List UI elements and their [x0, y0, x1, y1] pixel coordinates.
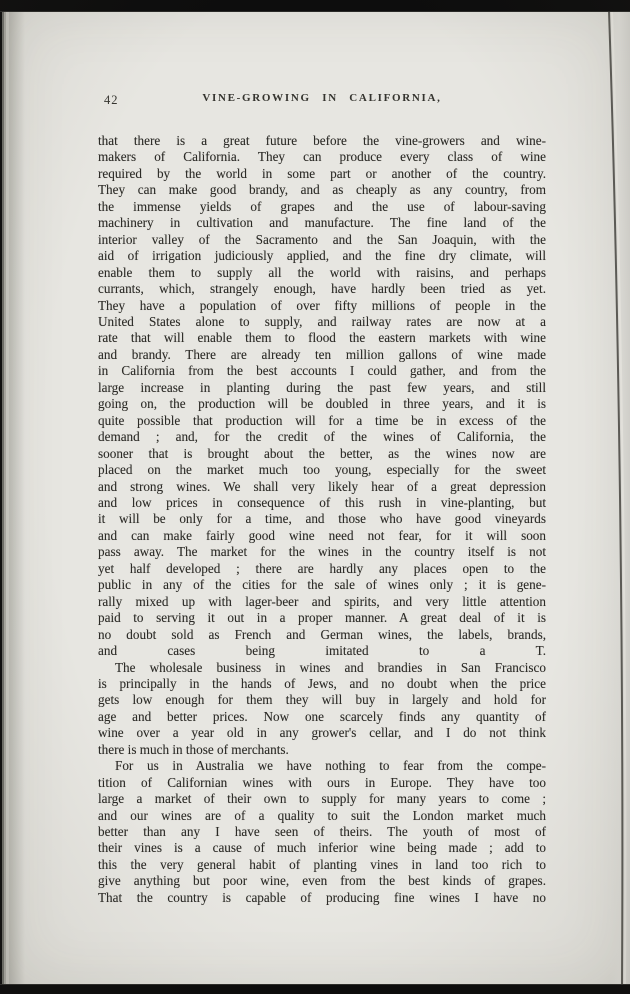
text-line: paid to serving it out in a proper manne…: [98, 610, 546, 626]
text-line: and strong wines. We shall very likely h…: [98, 479, 546, 495]
text-line: and brandy. There are already ten millio…: [98, 347, 546, 363]
text-line: and our wines are of a quality to suit t…: [98, 808, 546, 824]
text-line: rate that will enable them to flood the …: [98, 330, 546, 346]
left-gutter-shadow: [9, 0, 25, 994]
text-line: enable them to supply all the world with…: [98, 265, 546, 281]
text-line: demand ; and, for the credit of the wine…: [98, 429, 546, 445]
running-header: 42 VINE-GROWING IN CALIFORNIA,: [98, 92, 546, 112]
text-line: age and better prices. Now one scarcely …: [98, 709, 546, 725]
page-number: 42: [104, 93, 119, 108]
stacked-pages-edge: [0, 0, 9, 994]
text-line: wine over a year old in any grower's cel…: [98, 725, 546, 741]
text-line: sooner that is brought about the better,…: [98, 446, 546, 462]
text-line: pass away. The market for the wines in t…: [98, 544, 546, 560]
text-line: and low prices in consequence of this ru…: [98, 495, 546, 511]
text-line: tition of Californian wines with ours in…: [98, 775, 546, 791]
scanned-book-page: 42 VINE-GROWING IN CALIFORNIA, that ther…: [0, 0, 630, 994]
scan-border-top: [0, 0, 630, 12]
text-line: and can make fairly good wine need not f…: [98, 528, 546, 544]
page-body: that there is a great future before the …: [98, 133, 546, 906]
text-line: machinery in cultivation and manufacture…: [98, 215, 546, 231]
running-title: VINE-GROWING IN CALIFORNIA,: [98, 92, 546, 104]
text-line: going on, the production will be doubled…: [98, 396, 546, 412]
text-line: They have a population of over fifty mil…: [98, 298, 546, 314]
text-line: aid of irrigation judiciously applied, a…: [98, 248, 546, 264]
paragraph: that there is a great future before the …: [98, 133, 546, 660]
text-line: this the very general habit of planting …: [98, 857, 546, 873]
text-line: interior valley of the Sacramento and th…: [98, 232, 546, 248]
text-line: yet half developed ; there are hardly an…: [98, 561, 546, 577]
text-line: That the country is capable of producing…: [98, 890, 546, 906]
paragraph: For us in Australia we have nothing to f…: [98, 758, 546, 906]
text-line: public in any of the cities for the sale…: [98, 577, 546, 593]
text-line: For us in Australia we have nothing to f…: [98, 758, 546, 774]
next-page-edge: [610, 0, 630, 994]
text-line: there is much in those of merchants.: [98, 742, 546, 758]
text-line: large increase in planting during the pa…: [98, 380, 546, 396]
text-line: large a market of their own to supply fo…: [98, 791, 546, 807]
text-line: better than any I have seen of theirs. T…: [98, 824, 546, 840]
text-line: quite possible that production will for …: [98, 413, 546, 429]
text-line: placed on the market much too young, esp…: [98, 462, 546, 478]
text-line: that there is a great future before the …: [98, 133, 546, 149]
text-line: They can make good brandy, and as cheapl…: [98, 182, 546, 198]
text-line: it will be only for a time, and those wh…: [98, 511, 546, 527]
text-line: currants, which, strangely enough, have …: [98, 281, 546, 297]
paragraph: The wholesale business in wines and bran…: [98, 660, 546, 759]
printed-text-block: 42 VINE-GROWING IN CALIFORNIA, that ther…: [98, 92, 546, 906]
text-line: their vines is a cause of much inferior …: [98, 840, 546, 856]
scan-border-bottom: [0, 984, 630, 994]
text-line: and cases being imitated to a T.: [98, 643, 546, 659]
text-line: United States alone to supply, and railw…: [98, 314, 546, 330]
text-line: rally mixed up with lager-beer and spiri…: [98, 594, 546, 610]
text-line: in California from the best accounts I c…: [98, 363, 546, 379]
text-line: give anything but poor wine, even from t…: [98, 873, 546, 889]
text-line: makers of California. They can produce e…: [98, 149, 546, 165]
text-line: is principally in the hands of Jews, and…: [98, 676, 546, 692]
text-line: no doubt sold as French and German wines…: [98, 627, 546, 643]
text-line: The wholesale business in wines and bran…: [98, 660, 546, 676]
text-line: required by the world in some part or an…: [98, 166, 546, 182]
text-line: the immense yields of grapes and the use…: [98, 199, 546, 215]
text-line: gets low enough for them they will buy i…: [98, 692, 546, 708]
